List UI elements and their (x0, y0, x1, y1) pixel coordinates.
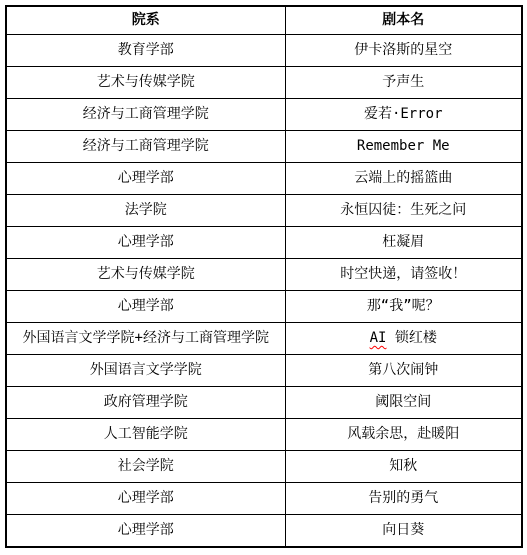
document-page: 院系 剧本名 教育学部 伊卡洛斯的星空 艺术与传媒学院 予声生 经济与工商管理学… (0, 0, 527, 555)
cell-script-name: 枉凝眉 (285, 227, 522, 259)
cell-script-name: 第八次闹钟 (285, 355, 522, 387)
cell-script-name: 阈限空间 (285, 387, 522, 419)
cell-script-name: 告别的勇气 (285, 483, 522, 515)
table-row: 经济与工商管理学院 Remember Me (6, 131, 522, 163)
table-row: 艺术与传媒学院 时空快递，请签收！ (6, 259, 522, 291)
cell-script-name: 知秋 (285, 451, 522, 483)
cell-dept: 经济与工商管理学院 (6, 131, 285, 163)
script-name-text: 锁红楼 (386, 330, 436, 346)
table-row: 政府管理学院 阈限空间 (6, 387, 522, 419)
table-row: 外国语言文学学院+经济与工商管理学院 AI 锁红楼 (6, 323, 522, 355)
cell-script-name: 那“我”呢？ (285, 291, 522, 323)
dept-script-table: 院系 剧本名 教育学部 伊卡洛斯的星空 艺术与传媒学院 予声生 经济与工商管理学… (5, 5, 523, 548)
table-row: 心理学部 那“我”呢？ (6, 291, 522, 323)
cell-script-name: 永恒囚徒：生死之问 (285, 195, 522, 227)
table-row: 法学院 永恒囚徒：生死之问 (6, 195, 522, 227)
cell-dept: 心理学部 (6, 483, 285, 515)
cell-dept: 艺术与传媒学院 (6, 259, 285, 291)
cell-dept: 心理学部 (6, 291, 285, 323)
table-row: 经济与工商管理学院 爱若·Error (6, 99, 522, 131)
cell-dept: 经济与工商管理学院 (6, 99, 285, 131)
cell-dept: 艺术与传媒学院 (6, 67, 285, 99)
cell-dept: 社会学院 (6, 451, 285, 483)
cell-dept: 心理学部 (6, 515, 285, 548)
cell-script-name: AI 锁红楼 (285, 323, 522, 355)
cell-script-name: 予声生 (285, 67, 522, 99)
spellcheck-underlined-text: AI (370, 330, 387, 346)
cell-dept: 心理学部 (6, 163, 285, 195)
table-row: 人工智能学院 风载余思，赴暖阳 (6, 419, 522, 451)
cell-script-name: 爱若·Error (285, 99, 522, 131)
table-row: 社会学院 知秋 (6, 451, 522, 483)
table-row: 心理学部 向日葵 (6, 515, 522, 548)
table-row: 心理学部 云端上的摇篮曲 (6, 163, 522, 195)
cell-script-name: 伊卡洛斯的星空 (285, 35, 522, 67)
table-row: 心理学部 枉凝眉 (6, 227, 522, 259)
cell-script-name: 向日葵 (285, 515, 522, 548)
table-row: 心理学部 告别的勇气 (6, 483, 522, 515)
cell-script-name: 时空快递，请签收！ (285, 259, 522, 291)
cell-dept: 心理学部 (6, 227, 285, 259)
cell-dept: 外国语言文学学院+经济与工商管理学院 (6, 323, 285, 355)
cell-dept: 法学院 (6, 195, 285, 227)
cell-script-name: Remember Me (285, 131, 522, 163)
header-dept: 院系 (6, 6, 285, 35)
cell-script-name: 风载余思，赴暖阳 (285, 419, 522, 451)
cell-dept: 外国语言文学学院 (6, 355, 285, 387)
cell-dept: 教育学部 (6, 35, 285, 67)
table-row: 外国语言文学学院 第八次闹钟 (6, 355, 522, 387)
table-row: 教育学部 伊卡洛斯的星空 (6, 35, 522, 67)
header-row: 院系 剧本名 (6, 6, 522, 35)
table-row: 艺术与传媒学院 予声生 (6, 67, 522, 99)
cell-script-name: 云端上的摇篮曲 (285, 163, 522, 195)
cell-dept: 政府管理学院 (6, 387, 285, 419)
header-script-name: 剧本名 (285, 6, 522, 35)
cell-dept: 人工智能学院 (6, 419, 285, 451)
